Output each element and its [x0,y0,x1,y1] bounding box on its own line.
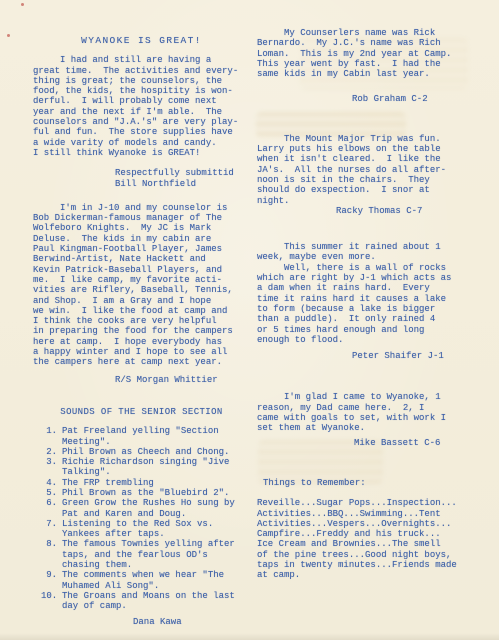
article-body: This summer it rained about 1 week, mayb… [257,242,497,345]
list-item: 4. The FRP trembling [41,478,250,488]
signature: Rob Graham C-2 [257,94,497,104]
list-item: 7. Listening to the Red Sox vs. Yankees … [41,519,250,540]
things-to-remember-heading: Things to Remember: [257,478,497,488]
list-item-text: Richie Richardson singing "Jive Talking"… [62,457,250,478]
newsletter-page: WYANOKE IS GREAT! I had and still are ha… [0,0,499,640]
signature-line: Bill Northfield [33,179,250,189]
list-item-number: 8. [41,539,57,570]
article-body: The Mount Major Trip was fun. Larry puts… [257,134,497,206]
signature-block: Respectfully submittid Bill Northfield [33,168,250,189]
section-heading-wyanoke: WYANOKE IS GREAT! [33,36,250,46]
list-item-number: 9. [41,570,57,591]
ink-speck [7,34,10,37]
list-item-number: 4. [41,478,57,488]
article-body: I had and still are having a great time.… [33,55,250,158]
signature: Racky Thomas C-7 [257,206,497,216]
list-item-number: 6. [41,498,57,519]
list-item: 2. Phil Brown as Cheech and Chong. [41,447,250,457]
list-item-number: 5. [41,488,57,498]
things-to-remember-body: Reveille...Sugar Pops...Inspection... Ac… [257,498,497,580]
list-item: 3. Richie Richardson singing "Jive Talki… [41,457,250,478]
list-item-number: 7. [41,519,57,540]
list-item-text: Green Grow the Rushes Ho sung by Pat and… [62,498,250,519]
right-column: My Counserlers name was Rick Bernardo. M… [257,0,497,581]
article-body: I'm in J-10 and my counselor is Bob Dick… [33,203,250,368]
section-heading-sounds: SOUNDS OF THE SENIOR SECTION [33,407,250,417]
sounds-list: 1. Pat Freeland yelling "Section Meeting… [33,426,250,611]
signature: Mike Bassett C-6 [257,438,497,448]
list-item: 9. The comments when we hear "The Muhame… [41,570,250,591]
list-item: 1. Pat Freeland yelling "Section Meeting… [41,426,250,447]
list-item-text: Phil Brown as Cheech and Chong. [62,447,250,457]
list-item: 8. The famous Townies yelling after taps… [41,539,250,570]
signature: Peter Shaifer J-1 [257,351,497,361]
list-item-text: The Groans and Moans on the last day of … [62,591,250,612]
article-body: I'm glad I came to Wyanoke, 1 reason, my… [257,392,497,433]
list-item-text: Phil Brown as the "Bluebird 2". [62,488,250,498]
list-item-text: Pat Freeland yelling "Section Meeting". [62,426,250,447]
left-column: WYANOKE IS GREAT! I had and still are ha… [33,0,250,627]
list-item: 5. Phil Brown as the "Bluebird 2". [41,488,250,498]
list-item-text: Listening to the Red Sox vs. Yankees aft… [62,519,250,540]
list-item-text: The FRP trembling [62,478,250,488]
list-item-number: 1. [41,426,57,447]
ink-speck [21,3,24,6]
list-item-number: 3. [41,457,57,478]
signature: Dana Kawa [33,617,250,627]
list-item-number: 2. [41,447,57,457]
article-body: My Counserlers name was Rick Bernardo. M… [257,28,497,79]
list-item: 10. The Groans and Moans on the last day… [41,591,250,612]
list-item: 6. Green Grow the Rushes Ho sung by Pat … [41,498,250,519]
list-item-text: The famous Townies yelling after taps, a… [62,539,250,570]
signature-line: Respectfully submittid [33,168,250,178]
signature: R/S Morgan Whittier [33,375,250,385]
list-item-text: The comments when we hear "The Muhamed A… [62,570,250,591]
list-item-number: 10. [41,591,57,612]
